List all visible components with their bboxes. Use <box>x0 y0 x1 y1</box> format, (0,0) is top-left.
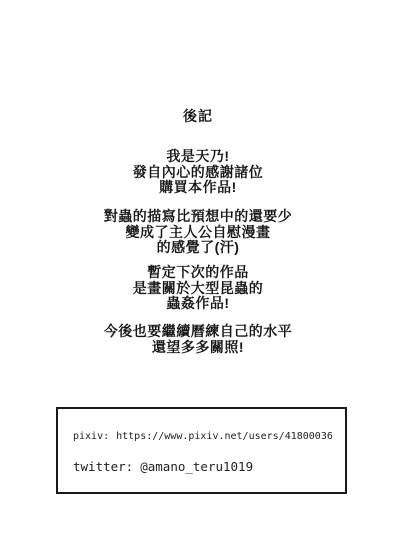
afterword-line: 暫定下次的作品 <box>0 265 396 281</box>
twitter-label: twitter: <box>73 459 133 474</box>
afterword-line: 的感覺了(汗) <box>0 240 396 256</box>
afterword-line: 蟲姦作品! <box>0 296 396 312</box>
afterword-line: 發自內心的感謝諸位 <box>0 165 396 181</box>
afterword-line: 購買本作品! <box>0 180 396 196</box>
pixiv-url: https://www.pixiv.net/users/41800036 <box>116 431 333 442</box>
afterword-line: 對蟲的描寫比預想中的還要少 <box>0 209 396 225</box>
paragraph-closing-thanks: 今後也要繼續曆練自己的水平 還望多多關照! <box>0 324 396 355</box>
afterword-page: 後記 我是天乃! 發自內心的感謝諸位 購買本作品! 對蟲的描寫比預想中的還要少 … <box>0 0 400 557</box>
pixiv-label: pixiv: <box>73 431 109 442</box>
links-box: pixiv:https://www.pixiv.net/users/418000… <box>56 407 347 494</box>
afterword-heading: 後記 <box>0 106 396 126</box>
paragraph-bug-depiction: 對蟲的描寫比預想中的還要少 變成了主人公自慰漫畫 的感覺了(汗) <box>0 209 396 256</box>
pixiv-link-line: pixiv:https://www.pixiv.net/users/418000… <box>73 431 333 442</box>
twitter-link-line: twitter:@amano_teru1019 <box>73 459 253 474</box>
afterword-line: 我是天乃! <box>0 149 396 165</box>
paragraph-next-work: 暫定下次的作品 是畫關於大型昆蟲的 蟲姦作品! <box>0 265 396 312</box>
afterword-line: 是畫關於大型昆蟲的 <box>0 281 396 297</box>
paragraph-intro: 我是天乃! 發自內心的感謝諸位 購買本作品! <box>0 149 396 196</box>
afterword-line: 還望多多關照! <box>0 340 396 356</box>
afterword-line: 今後也要繼續曆練自己的水平 <box>0 324 396 340</box>
afterword-line: 變成了主人公自慰漫畫 <box>0 225 396 241</box>
twitter-handle: @amano_teru1019 <box>140 459 253 474</box>
